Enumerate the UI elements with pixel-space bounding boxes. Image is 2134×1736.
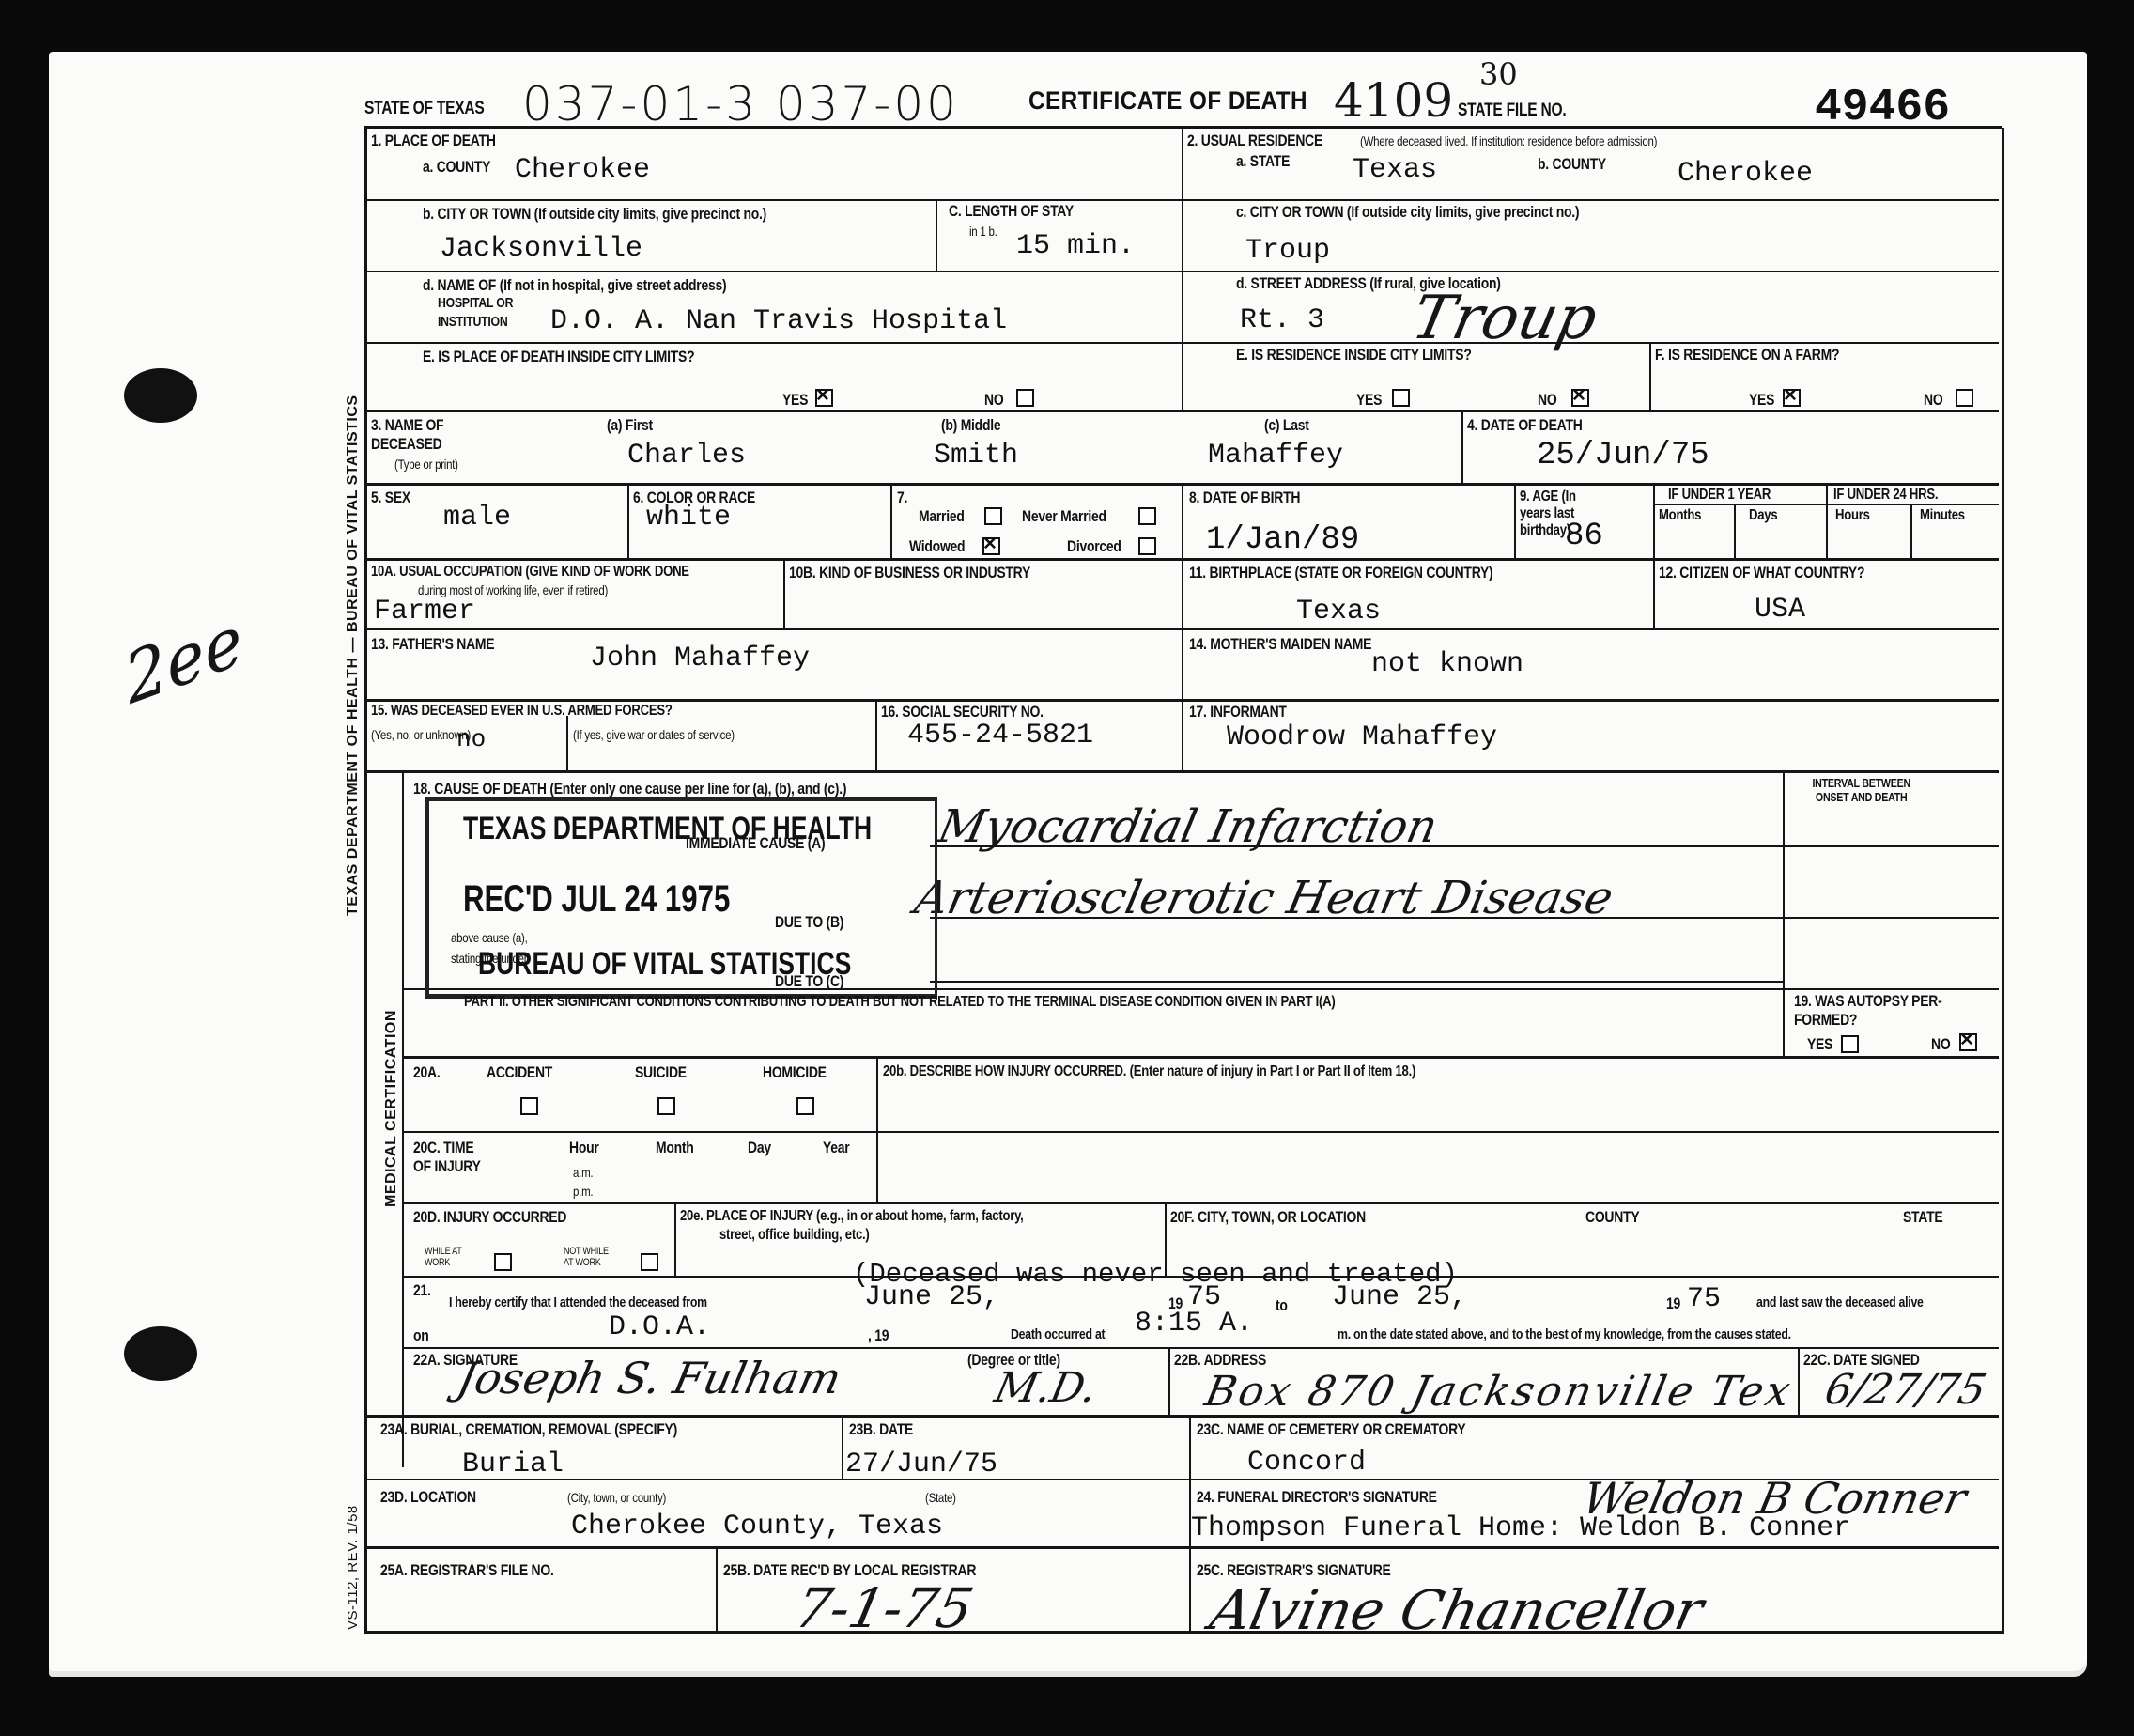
death-county[interactable]: Cherokee: [515, 154, 650, 186]
under-day-label: IF UNDER 24 HRS.: [1833, 487, 1938, 504]
date-signed[interactable]: 6/27/75: [1821, 1366, 1990, 1414]
divider: [1514, 483, 1516, 560]
middle-name-label: (b) Middle: [941, 416, 1000, 435]
stamp-line-1: TEXAS DEPARTMENT OF HEALTH: [463, 811, 872, 847]
accident-checkbox[interactable]: [520, 1097, 538, 1115]
degree[interactable]: M.D.: [991, 1364, 1102, 1412]
residence-inside-no-checkbox[interactable]: [1571, 389, 1589, 407]
father-name[interactable]: John Mahaffey: [590, 643, 810, 674]
divider: [716, 1546, 718, 1631]
burial-location[interactable]: Cherokee County, Texas: [571, 1511, 943, 1542]
last-name[interactable]: Mahaffey: [1208, 440, 1343, 472]
middle-name[interactable]: Smith: [934, 440, 1018, 472]
citizen[interactable]: USA: [1755, 594, 1805, 626]
never-married-label: Never Married: [1022, 507, 1106, 526]
deceased-name-label: 3. NAME OF DECEASED: [371, 416, 463, 454]
funeral-home[interactable]: Thompson Funeral Home: Weldon B. Conner: [1191, 1512, 1850, 1544]
certify-text: I hereby certify that I attended the dec…: [449, 1294, 707, 1310]
attended-to-year[interactable]: 75: [1687, 1283, 1721, 1315]
farm-label: f. IS RESIDENCE ON A FARM?: [1655, 346, 1839, 364]
last-saw-text: and last saw the deceased alive: [1756, 1294, 1924, 1310]
am-label: a.m.: [573, 1165, 593, 1180]
handwritten-number: 4109: [1334, 73, 1453, 128]
residence-county[interactable]: Cherokee: [1678, 158, 1813, 190]
day-label: Day: [748, 1139, 771, 1157]
divider: [404, 1131, 1999, 1133]
race[interactable]: white: [646, 502, 731, 534]
part2-label: PART II. OTHER SIGNIFICANT CONDITIONS CO…: [464, 994, 1335, 1011]
no-label: NO: [1538, 391, 1556, 410]
hours-label: Hours: [1835, 507, 1870, 524]
divider: [566, 716, 568, 770]
pm-label: p.m.: [573, 1184, 593, 1199]
yes-label: YES: [1749, 391, 1774, 410]
address-label: 22b. ADDRESS: [1174, 1351, 1266, 1370]
length-of-stay-sub: in 1 b.: [969, 224, 997, 239]
residence-inside-label: e. IS RESIDENCE INSIDE CITY LIMITS?: [1236, 346, 1472, 364]
hour-label: Hour: [569, 1139, 599, 1157]
hospital-label-2: HOSPITAL OR: [438, 295, 513, 311]
divider: [366, 271, 1182, 272]
divider: [404, 1347, 1999, 1349]
divider: [1798, 1347, 1800, 1415]
cemetery[interactable]: Concord: [1247, 1447, 1366, 1479]
social-security-number[interactable]: 455-24-5821: [907, 720, 1093, 752]
inside-limits-no-checkbox[interactable]: [1016, 389, 1034, 407]
residence-state-label: a. STATE: [1236, 152, 1290, 171]
autopsy-no-label: NO: [1931, 1035, 1950, 1054]
county-label: a. COUNTY: [423, 158, 490, 177]
divider: [1182, 699, 1183, 770]
first-name-label: (a) First: [607, 416, 653, 435]
stamp-received-date: REC'D JUL 24 1975: [463, 878, 730, 921]
divider: [366, 1546, 1999, 1549]
father-label: 13. FATHER'S NAME: [371, 635, 494, 654]
place-of-injury-label: 20e. PLACE OF INJURY (e.g., in or about …: [680, 1208, 1024, 1225]
burial-method-label: 23a. BURIAL, CREMATION, REMOVAL (Specify…: [380, 1420, 677, 1439]
occupation-label: 10a. USUAL OCCUPATION (Give kind of work…: [371, 564, 689, 581]
funeral-director-label: 24. FUNERAL DIRECTOR'S SIGNATURE: [1197, 1488, 1437, 1507]
describe-injury-label: 20b. DESCRIBE HOW INJURY OCCURRED. (Ente…: [883, 1063, 1415, 1080]
length-of-stay[interactable]: 15 min.: [1016, 230, 1135, 262]
punch-hole: [124, 368, 197, 423]
injury-city-label: 20f. CITY, TOWN, OR LOCATION: [1170, 1208, 1366, 1227]
hospital-label-3: INSTITUTION: [438, 314, 508, 330]
date-of-death[interactable]: 25/Jun/75: [1537, 438, 1709, 473]
divider: [1182, 128, 1183, 410]
divider: [1183, 271, 1999, 272]
registrar-signature[interactable]: Alvine Chancellor: [1205, 1578, 1709, 1642]
handwritten-superscript: 30: [1479, 56, 1518, 92]
widowed-checkbox[interactable]: [982, 537, 1000, 555]
last-name-label: (c) Last: [1264, 416, 1309, 435]
minutes-label: Minutes: [1920, 507, 1965, 524]
certification-number: 21.: [413, 1281, 431, 1300]
city-label: b. CITY OR TOWN (If outside city limits,…: [423, 205, 766, 224]
autopsy-yes-checkbox[interactable]: [1841, 1035, 1859, 1053]
street-address[interactable]: Rt. 3: [1240, 304, 1324, 336]
suicide-label: SUICIDE: [635, 1063, 687, 1082]
homicide-checkbox[interactable]: [796, 1097, 814, 1115]
on-year-prefix: , 19: [868, 1326, 889, 1345]
not-while-at-work-checkbox[interactable]: [641, 1253, 658, 1271]
interval-label: INTERVAL BETWEEN ONSET AND DEATH: [1796, 776, 1926, 804]
widowed-label: Widowed: [909, 537, 965, 556]
date-of-birth[interactable]: 1/Jan/89: [1206, 522, 1359, 558]
age[interactable]: 86: [1565, 519, 1603, 554]
divider: [890, 483, 892, 560]
yes-label: YES: [782, 391, 808, 410]
farm-no-checkbox[interactable]: [1956, 389, 1973, 407]
length-of-stay-label: c. LENGTH OF STAY: [949, 202, 1074, 221]
on-label: on: [413, 1326, 429, 1345]
form-revision: VS-112, REV. 1/58: [345, 1505, 361, 1630]
divider: [1183, 342, 1999, 344]
divider: [674, 1202, 676, 1278]
months-label: Months: [1659, 507, 1701, 524]
informant[interactable]: Woodrow Mahaffey: [1227, 721, 1497, 753]
death-occurred-text: Death occurred at: [1011, 1326, 1105, 1342]
divider: [1653, 483, 1655, 560]
mother-label: 14. MOTHER'S MAIDEN NAME: [1189, 635, 1371, 654]
armed-forces-label: 15. WAS DECEASED EVER IN U.S. ARMED FORC…: [371, 703, 673, 720]
residence-city-label: c. CITY OR TOWN (If outside city limits,…: [1236, 203, 1579, 222]
not-while-at-work-label: NOT WHILE AT WORK: [564, 1246, 617, 1268]
divider: [1182, 628, 1183, 701]
ssn-label: 16. SOCIAL SECURITY NO.: [881, 703, 1044, 721]
header-codes: 037-01-3 037-00: [522, 77, 959, 132]
date-of-birth-label: 8. DATE OF BIRTH: [1189, 488, 1300, 507]
divider: [1183, 199, 1999, 201]
autopsy-no-checkbox[interactable]: [1959, 1033, 1977, 1051]
armed-forces[interactable]: no: [456, 725, 486, 753]
divider: [404, 1056, 1999, 1059]
inside-limits-label: e. IS PLACE OF DEATH INSIDE CITY LIMITS?: [423, 348, 694, 366]
mother-name[interactable]: not known: [1371, 648, 1523, 680]
punch-hole: [124, 1326, 197, 1381]
while-at-work-label: WHILE AT WORK: [425, 1246, 471, 1268]
registrar-file-label: 25a. REGISTRAR'S FILE NO.: [380, 1561, 554, 1580]
divider: [1783, 988, 1785, 1056]
divider: [402, 772, 404, 1467]
residence-state[interactable]: Texas: [1353, 154, 1437, 186]
divider: [366, 770, 1999, 773]
death-city[interactable]: Jacksonville: [440, 233, 642, 265]
birthplace-label: 11. BIRTHPLACE (State or foreign country…: [1189, 564, 1492, 582]
state-file-label: STATE FILE NO.: [1458, 101, 1566, 121]
married-label: Married: [919, 507, 965, 526]
divider: [1826, 483, 1828, 560]
divider: [366, 1415, 1999, 1418]
divider: [366, 410, 1999, 412]
homicide-label: HOMICIDE: [763, 1063, 827, 1082]
burial-location-label: 23d. LOCATION: [380, 1488, 476, 1507]
divider: [366, 199, 1182, 201]
divider: [936, 199, 937, 271]
deceased-name-sub: (Type or print): [394, 457, 458, 472]
registrar-date[interactable]: 7-1-75: [790, 1576, 979, 1640]
divorced-label: Divorced: [1067, 537, 1121, 556]
residence-note: (Where deceased lived. If institution: r…: [1360, 133, 1657, 148]
divider: [1168, 1347, 1170, 1415]
residence-city[interactable]: Troup: [1245, 235, 1330, 267]
registrar-signature-label: 25c. REGISTRAR'S SIGNATURE: [1197, 1561, 1391, 1580]
injury-county-label: COUNTY: [1585, 1208, 1639, 1227]
to-year-prefix: 19: [1666, 1294, 1680, 1313]
divider: [930, 845, 1999, 847]
birthplace[interactable]: Texas: [1296, 596, 1381, 628]
divider: [1182, 483, 1183, 560]
inside-limits-yes-checkbox[interactable]: [815, 389, 833, 407]
divider: [1182, 558, 1183, 628]
divider: [842, 1415, 843, 1479]
informant-label: 17. INFORMANT: [1189, 703, 1287, 721]
place-of-injury-label-2: street, office building, etc.): [719, 1227, 870, 1244]
occupation[interactable]: Farmer: [374, 596, 475, 628]
state-label: STATE OF TEXAS: [364, 99, 485, 119]
under-year-label: IF UNDER 1 YEAR: [1668, 487, 1771, 504]
yes-label: YES: [1356, 391, 1382, 410]
location-sub-2: (State): [925, 1490, 956, 1505]
business-label: 10b. KIND OF BUSINESS OR INDUSTRY: [789, 564, 1030, 582]
suicide-checkbox[interactable]: [657, 1097, 675, 1115]
residence-label: 2. USUAL RESIDENCE: [1187, 132, 1322, 150]
divider: [1649, 342, 1651, 410]
divider: [930, 981, 1783, 983]
burial-date[interactable]: 27/Jun/75: [845, 1449, 997, 1480]
divider: [876, 1056, 878, 1202]
divider: [783, 558, 785, 628]
last-seen-date[interactable]: D.O.A.: [609, 1311, 710, 1343]
time-of-death[interactable]: 8:15 A.: [1135, 1308, 1253, 1340]
divider: [1653, 558, 1655, 628]
attended-to-date[interactable]: June 25,: [1332, 1281, 1467, 1313]
injury-occurred-label: 20d. INJURY OCCURRED: [413, 1208, 566, 1227]
injury-type-label: 20a.: [413, 1063, 440, 1082]
divider: [1734, 504, 1736, 560]
physician-address[interactable]: Box 870 Jacksonville Tex: [1201, 1368, 1798, 1416]
never-married-checkbox[interactable]: [1138, 507, 1156, 525]
certificate-title: CERTIFICATE OF DEATH: [1028, 86, 1307, 116]
accident-label: ACCIDENT: [487, 1063, 552, 1082]
burial-method[interactable]: Burial: [462, 1449, 564, 1480]
hospital-label: d. NAME OF (If not in hospital, give str…: [423, 276, 726, 295]
divider: [1461, 410, 1463, 485]
burial-date-label: 23b. DATE: [849, 1420, 913, 1439]
injury-state-label: STATE: [1903, 1208, 1942, 1227]
armed-sub-2: (If yes, give war or dates of service): [573, 727, 735, 742]
cause-label: 18. CAUSE OF DEATH (Enter only one cause…: [413, 780, 846, 798]
residence-inside-yes-checkbox[interactable]: [1392, 389, 1410, 407]
residence-county-label: b. COUNTY: [1538, 155, 1606, 174]
to-label: to: [1276, 1296, 1288, 1315]
autopsy-label: 19. WAS AUTOPSY PER-FORMED?: [1794, 992, 1948, 1030]
first-name[interactable]: Charles: [627, 440, 746, 472]
no-label: NO: [1924, 391, 1942, 410]
received-stamp: TEXAS DEPARTMENT OF HEALTH REC'D JUL 24 …: [425, 797, 937, 999]
married-checkbox[interactable]: [984, 507, 1002, 525]
autopsy-yes-label: YES: [1807, 1035, 1832, 1054]
side-agency-text: TEXAS DEPARTMENT OF HEALTH — BUREAU OF V…: [345, 395, 362, 916]
divider: [1189, 1546, 1191, 1631]
divider: [875, 699, 877, 770]
date-of-death-label: 4. DATE OF DEATH: [1467, 416, 1583, 435]
divorced-checkbox[interactable]: [1138, 537, 1156, 555]
cemetery-label: 23c. NAME OF CEMETERY OR CREMATORY: [1197, 1420, 1465, 1439]
after-time-text: m. on the date stated above, and to the …: [1338, 1326, 1791, 1342]
marital-label: 7.: [897, 488, 907, 507]
farm-yes-checkbox[interactable]: [1783, 389, 1801, 407]
divider: [930, 917, 1999, 919]
divider: [627, 483, 629, 560]
no-label: NO: [984, 391, 1003, 410]
time-of-injury-label: 20c. TIME OF INJURY: [413, 1139, 487, 1176]
attended-from-date[interactable]: June 25,: [864, 1281, 999, 1313]
while-at-work-checkbox[interactable]: [494, 1253, 512, 1271]
divider: [366, 342, 1182, 344]
place-of-death-label: 1. PLACE OF DEATH: [371, 132, 496, 150]
hospital-name[interactable]: D.O. A. Nan Travis Hospital: [550, 305, 1007, 337]
location-sub-1: (City, town, or county): [567, 1490, 666, 1505]
divider: [404, 1202, 1999, 1204]
physician-signature[interactable]: Joseph S. Fulham: [453, 1353, 845, 1403]
divider: [1910, 504, 1912, 560]
citizen-label: 12. CITIZEN OF WHAT COUNTRY?: [1659, 564, 1864, 582]
sex-label: 5. SEX: [371, 488, 410, 507]
days-label: Days: [1749, 507, 1777, 524]
stamp-line-3: BUREAU OF VITAL STATISTICS: [478, 946, 851, 983]
year-label: Year: [823, 1139, 849, 1157]
month-label: Month: [656, 1139, 694, 1157]
sex[interactable]: male: [443, 502, 511, 534]
